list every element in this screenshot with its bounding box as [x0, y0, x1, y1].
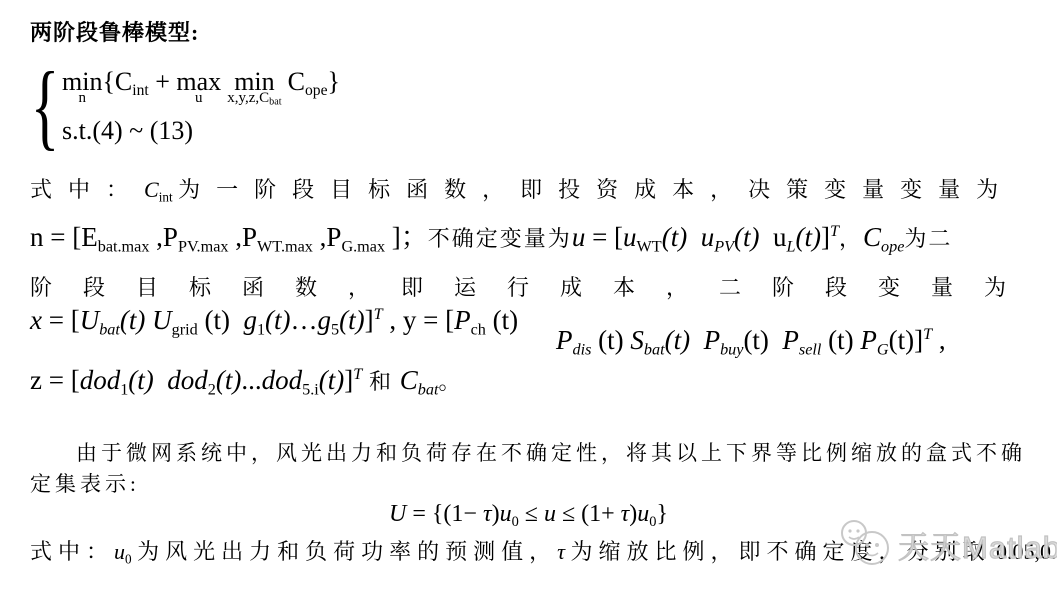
two-stage-robust-model-equation: { minn{Cint + maxu minx,y,z,Cbat Cope} s… [32, 58, 340, 154]
document-page: 两阶段鲁棒模型: { minn{Cint + maxu minx,y,z,Cba… [0, 0, 1057, 595]
body-line-z-vector: z = [dod1(t) dod2(t)...dod5.i(t)]T 和 Cba… [30, 364, 462, 400]
cases-brace-icon: { [37, 58, 53, 154]
cases-lines: minn{Cint + maxu minx,y,z,Cbat Cope} s.t… [62, 67, 340, 146]
body-line-x-y-vector: x = [Ubat(t) Ugrid (t) g1(t)…g5(t)]T , y… [30, 304, 518, 340]
constraints-equation: s.t.(4) ~ (13) [62, 116, 340, 146]
body-line-first-stage: 式中：Cint 为一阶段目标函数，即投资成本，决策变量变量为 [30, 176, 1030, 206]
uncertainty-paragraph-line-2: 定集表示: [30, 468, 140, 498]
uncertainty-paragraph-line-1: 由于微网系统中，风光出力和负荷存在不确定性，将其以上下界等比例缩放的盒式不确 [30, 437, 1035, 467]
objective-function-equation: minn{Cint + maxu minx,y,z,Cbat Cope} [62, 67, 340, 100]
uncertainty-set-equation: U = {(1− τ)u0 ≤ u ≤ (1+ τ)u0} [0, 499, 1057, 531]
body-line-n-vector: n = [Ebat.max ,PPV.max ,PWT.max ,PG.max … [30, 221, 952, 257]
body-line-second-stage: 阶段目标函数，即运行成本，二阶段变量为 [30, 274, 1030, 302]
body-last-line: 式中：u0 为风光出力和负荷功率的预测值，τ 为缩放比例，即不确定度，分别取 0… [30, 538, 1057, 568]
page-title: 两阶段鲁棒模型: [30, 16, 199, 47]
body-line-y-vector-continued: Pdis (t) Sbat(t) Pbuy(t) Psell (t) PG(t)… [556, 324, 946, 360]
